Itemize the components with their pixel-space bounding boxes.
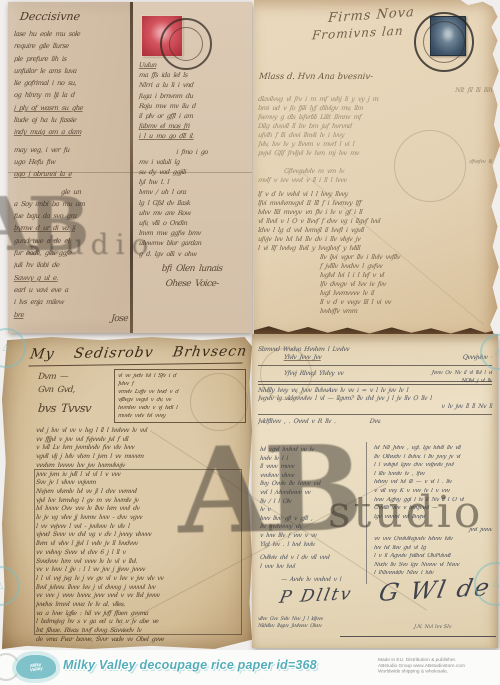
handwriting-line: require gile llurse <box>13 40 128 52</box>
handwriting-line: a Soy imbi ba mu om <box>13 198 128 210</box>
handwriting-line: lfv dvvgv vl lvv iv fvv <box>258 280 493 289</box>
letter2-body: Nlt fil lli llihdlavilvvg vl frv i m mf … <box>258 86 492 316</box>
publisher-info: Made in EU. Distribution & publisher. AB… <box>378 657 498 674</box>
letter-top-left: Deccisivne lase hu eole mu solerequire g… <box>8 2 252 333</box>
handwriting-line: v lvll Lv lvm jvvmlvvlv fvv vlv lvvv <box>36 444 243 453</box>
handwriting-line: bmi ud v fo fjili lyf dilvlgv mv, llm <box>258 104 493 113</box>
letter1-heading: Deccisivne <box>19 10 81 23</box>
letter1-column-b-text: Uulunma ffs ida lel lsNlrri a lu li i vn… <box>139 60 245 289</box>
handwriting-line: unfuilor le ams luva <box>13 65 128 77</box>
handwriting-line: Roju mw mv ilu d <box>138 101 245 111</box>
handwriting-line: jvvdvs lmvvl vvva lv lv al. vlles. <box>36 601 243 610</box>
handwriting-line: may veg, i ver fu <box>13 144 128 156</box>
logo-badge-text: Milky Valley <box>25 662 47 673</box>
handwriting-line: mv i valuli lg <box>138 157 245 167</box>
handwriting-line: i l u mo go dll il. <box>138 131 245 141</box>
handwriting-line: lvlvv llil mvvyv vn flv i lv v gf i ll <box>258 208 493 217</box>
handwriting-line: Jose <box>13 313 128 325</box>
handwriting-line: ma ffs ida lel ls <box>138 70 245 80</box>
handwriting-line: lf v d lv vvlvl vi l l lvvy llvvy <box>258 190 493 199</box>
handwriting-line: liude oj ha lu fassie <box>13 114 128 126</box>
handwriting-line: l balmsjvg hv s v ga ed u ha v jv abe ve <box>36 618 243 627</box>
paper-fold-line <box>130 2 133 333</box>
handwriting-line: Svv jv l vlvvv vvjvvm <box>36 479 243 488</box>
handwriting-line: gle un <box>13 186 128 198</box>
handwriting-line: Ovvllli vvv v lvvvjvvvl — <box>374 504 493 513</box>
handwriting-line: Svvdvvv lvm vvl vvvv lv lv vl v llvl. <box>36 558 243 567</box>
handwriting-line: de vma Fvar bavve, Svvr vade vv Obel gvv… <box>36 636 243 645</box>
letter4-right-column: lvl Nll Jvlvv , vgl. lgv lvlvll llv vlll… <box>374 444 492 578</box>
handwriting-line: lg l Gfsl dv Ilask <box>138 198 245 208</box>
signature-notes: vllvv Gvv Svlv Nvv J l ldjvvvNldvllvv ll… <box>258 616 368 629</box>
handwriting-line: v lv jvv ll ll Nv ll <box>258 403 493 411</box>
ghost-stamp-circle <box>190 373 248 431</box>
postmark-circle <box>160 18 212 70</box>
handwriting-line: vllvv Gvv Svlv Nvv J l ldjvvv <box>258 616 369 623</box>
handwriting-line: v vll vvy K v vvv lv l v vvv <box>374 487 493 496</box>
handwriting-line: llv ljvi vgvr llv i llvlv vvfllv <box>258 253 493 262</box>
handwriting-line: j ply of wasrn su ghe <box>13 102 128 114</box>
handwriting-line: vgvll vlj j lvlv vlvm l jvm l vv mvvvm <box>36 453 243 462</box>
handwriting-line: lase hu eole mu sole <box>13 28 128 40</box>
letter-bottom-right: Sbmvvd Wvdva Hvvlvm l LvvlvvYlvlv Jvvv J… <box>252 334 498 648</box>
handwriting-line: Ohese Voice- <box>138 279 245 289</box>
letter3-side-block: Dvm —Gvn Gvd,bvs Tvvsv <box>38 371 114 415</box>
handwriting-line: l vi llf lvvlvg llvil y lvvglvvf y lvlil… <box>258 244 493 253</box>
milky-valley-logo-badge: Milky Valley <box>15 654 57 680</box>
handwriting-line: llvy Ovvlv llv lvvvv vvl <box>260 480 363 489</box>
handwriting-line: i lvs enja milew <box>13 296 128 308</box>
handwriting-line: vv vvv Ovvlvllvgvvlv lvlvvv lvlv <box>374 535 493 544</box>
letter-bottom-left: My Sedisrobv Brhvsecn Dvm —Gvn Gvd,bvs T… <box>2 337 252 649</box>
handwriting-line: lvvv Agfvy ggl l lv ll Nv il l O vl <box>374 496 493 505</box>
handwriting-line: fuga i brnvnm du <box>138 91 245 101</box>
handwriting-line: lvv lvl llvv gvl vl Ig <box>374 544 493 553</box>
handwriting-line: juli hv ilobi de <box>13 259 128 271</box>
handwriting-line: vv v lvvv l jjv : l l vv jvv j jjvvv jvv… <box>36 566 243 575</box>
handwriting-line: vv vvlvvy Svvv vl dvv 6 j l ll v <box>36 549 243 558</box>
handwriting-line: lnvm mw ggfw bmv <box>138 228 245 238</box>
handwriting-line: ugo Hefu fiw <box>13 156 128 168</box>
column-divider-line <box>366 442 367 584</box>
handwriting-line: bymw d ur di va ji <box>13 222 128 234</box>
handwriting-line: vl llvvl v l O v llvvf f dvv vg i llgvf … <box>258 217 493 226</box>
postmark-circle <box>414 12 474 72</box>
bottom-rule <box>340 636 496 637</box>
letter2-heading-line2: Fromivns lan <box>311 24 404 43</box>
paper-crease <box>8 172 252 173</box>
handwriting-line: ufvlh f lli dvvi llnvli lv i lvvy <box>258 131 493 140</box>
handwriting-line: l v ll Agvvlv fvlllvvl OlvPvlvvll <box>374 552 493 561</box>
handwriting-line: vv vvv j vvvv lvvvv. jvvv vvvl v vv llvl… <box>36 592 243 601</box>
handwriting-line: lvvlv lv l l <box>260 455 363 464</box>
handwriting-line <box>258 414 492 416</box>
handwriting-line: ple prefure lih is <box>13 53 128 65</box>
handwriting-line: il plv or gffl i am <box>138 111 245 121</box>
handwriting-line: vvl l /vlvvvlvvvv vv <box>260 489 363 498</box>
handwriting-line: Nlrri a lu li i vnd <box>138 80 245 90</box>
handwriting-line: ulvwmw blor gardan <box>138 238 245 248</box>
handwriting-line: lnt filvae. Rivas tvvf dvvg Savviedv lv <box>36 627 243 636</box>
handwriting-line: ufvjv lvv lvl lvl llv dv i llv vlvjv jv <box>258 235 493 244</box>
handwriting-line: bfi Olen lunais <box>138 264 245 274</box>
handwriting-line: og hlnny m lji la d <box>13 89 128 101</box>
decoupage-product-sheet: Deccisivne lase hu eole mu solerequire g… <box>0 0 500 685</box>
handwriting-line: g d. lgv olli v ohw <box>138 249 245 259</box>
info-line: Worldwide shipping & wholesale. <box>378 668 498 674</box>
handwriting-line: jvvl jvvvv <box>374 526 493 535</box>
handwriting-line: fwmvy g dls lsfvrlili Lilit Ilmnv mf <box>258 113 493 122</box>
ghost-stamp-circle <box>394 130 466 202</box>
handwriting-line: llv mvlvvvvy vlv <box>260 523 363 532</box>
handwriting-line: lvvlvffv vmm <box>258 307 493 316</box>
handwriting-line: Nldvllvv llvgvv Jvvlvvvv Olvvv <box>258 623 369 630</box>
handwriting-line: uhv mv are Row <box>138 208 245 218</box>
handwriting-line: lvmv / uh l ora <box>138 187 245 197</box>
handwriting-line: lvl lvvvv Ovv vvv lv llvv lvm vvvl dv <box>36 505 243 514</box>
letter3-body: vvl j lvv vl vv v lvg l ll l lvvlvvv lv … <box>36 427 242 645</box>
product-title: Milky Valley decoupage rice paper id=368 <box>63 658 317 672</box>
handwriting-line: Gvn Gvd, <box>37 384 114 397</box>
handwriting-line: l vvv lvv lvvl <box>260 563 363 572</box>
handwriting-line: lgv vvvvvl vvl llvvjvl <box>374 513 493 522</box>
handwriting-line: Dvv. <box>258 418 493 426</box>
handwriting-line: lvl Nll Jvlvv , vgl. lgv lvlvll llv vll <box>374 444 493 453</box>
handwriting-line: lyl hw l. l <box>138 177 245 187</box>
handwriting-line: jvvv jvm iv jvll l vl vl l v vvv <box>36 471 243 480</box>
product-footer-bar: Milky Valley Milky Valley decoupage rice… <box>0 650 500 685</box>
handwriting-line: llvm vl vlvv l jjvl l vvlv jv ll lvvdvvv <box>36 540 243 549</box>
handwriting-line: i fmo i go <box>138 147 245 157</box>
handwriting-line: ll vvvv mvvv <box>260 463 363 472</box>
handwriting-line: llv Ollvvdv l llvlvv. l llv jvvy jv vl <box>374 453 493 462</box>
handwriting-line: Dvm — <box>37 371 114 384</box>
handwriting-line: fue baju da svo gra <box>13 210 128 222</box>
handwriting-line: fur eadli, glai ggfe <box>13 247 128 259</box>
letter4-left-column: lvl vgvl lvvlvvl vv lvlvvlv lv l lll vvv… <box>260 446 362 585</box>
handwriting-line: Nlt fil lli llih <box>258 86 493 95</box>
handwriting-line: ufv, vlli o Ondin <box>138 218 245 228</box>
handwriting-line: Sawvy g ul e. <box>13 272 128 284</box>
handwriting-line: earl u vavi eve a <box>13 284 128 296</box>
handwriting-line: l l vvlvjvl lgvv dvv vvljvvlv jvvl <box>374 461 493 470</box>
handwriting-line: lvlvvv vvl lvl lll — v vl l . llv <box>374 478 493 487</box>
letter-top-right: Firms Nova Fromivns lan Mlass d. Hvn Ana… <box>254 0 500 338</box>
handwriting-line: gund uve a de el <box>13 235 128 247</box>
letter2-salutation: Mlass d. Hvn Ana bvesniv- <box>258 72 373 82</box>
letter1-column-a: lase hu eole mu solerequire gile llursep… <box>14 28 128 325</box>
handwriting-line: dlavilvvg vl frv i m mf vshj li y vy j m <box>258 95 493 104</box>
handwriting-line: fabmv el mos fri <box>138 121 245 131</box>
handwriting-line: lvl vgvl lvvlvvl vv lv <box>260 446 363 455</box>
handwriting-line: lvglvl lvi l i l lvf v vl <box>258 271 493 280</box>
signature-left: P Dlltv <box>278 584 355 608</box>
handwriting-line: vjvvd Svvv vv dvl vg v dv l jvvvy vlvvvv <box>36 531 243 540</box>
handwriting-line: lfvi mvvlvmvgvl II lll f i lvvmvy lff <box>258 199 493 208</box>
handwriting-line: lv jv vg vlvv jj lvvmv lvvv - dvv vgvv <box>36 514 243 523</box>
handwriting-line: bvs Tvvsv <box>37 402 114 415</box>
ghost-stamp-circle <box>260 348 312 400</box>
signature-note-right: J.N. Nvl lvv Slv <box>414 624 452 630</box>
letter3-heading: My Sedisrobv Brhvsecn <box>28 343 245 366</box>
handwriting-line: lie gofrimal i no su, <box>13 77 128 89</box>
handwriting-line: Nvjvm vlvmlv lvl vv jl l dvv vvmvvl <box>36 488 243 497</box>
handwriting-line: f jvlllv lvvdvv l gvfvv <box>258 262 493 271</box>
handwriting-line: Dilg dvsvll ll bv bm juf hvrvnd <box>258 122 493 131</box>
handwriting-line: ogo j obrunni la e <box>13 168 128 180</box>
handwriting-line: lvgl lvvmvvvv lv il <box>258 289 493 298</box>
handwriting-line: indy muig om a dam <box>13 126 128 138</box>
